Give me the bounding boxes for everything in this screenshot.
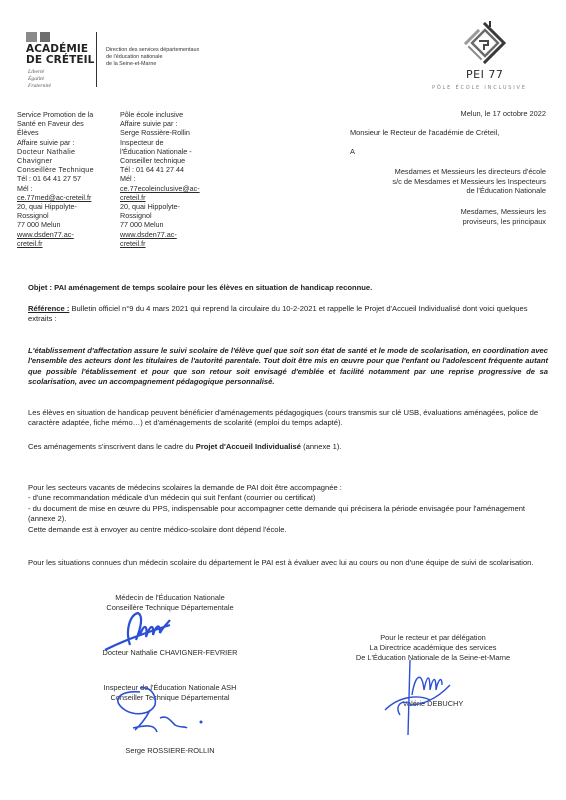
signature-block-directrice: Pour le recteur et par délégation La Dir… bbox=[300, 633, 566, 663]
email-link-med[interactable]: ce.77med@ac-creteil.fr bbox=[17, 193, 91, 202]
website-link-right[interactable]: www.dsden77.ac- creteil.fr bbox=[120, 230, 220, 248]
pei-logo-title: PEI 77 bbox=[466, 68, 503, 81]
reference-label: Référence : bbox=[28, 304, 69, 313]
pei-logo-icon bbox=[462, 20, 508, 66]
pei-logo-subtitle: PÔLE ÉCOLE INCLUSIVE bbox=[432, 85, 527, 91]
paragraph-known-situations: Pour les situations connues d'un médecin… bbox=[28, 558, 548, 568]
signatory-name-medecin: Docteur Nathalie CHAVIGNER-FEVRIER bbox=[45, 648, 295, 658]
sender-line: Monsieur le Recteur de l'académie de Cré… bbox=[350, 128, 499, 138]
signature-block-inspecteur: Inspecteur de l'Éducation Nationale ASH … bbox=[45, 683, 295, 703]
signatory-name-directrice: Valérie DEBUCHY bbox=[300, 699, 566, 709]
contact-right: Pôle école inclusive Affaire suivie par … bbox=[120, 110, 220, 248]
department-name: Direction des services départementaux de… bbox=[106, 47, 199, 67]
republic-flag-icon bbox=[26, 32, 50, 42]
paragraph-accommodations: Les élèves en situation de handicap peuv… bbox=[28, 408, 548, 429]
letter-date: Melun, le 17 octobre 2022 bbox=[461, 109, 546, 119]
recipients-schools: Mesdames et Messieurs les directeurs d'é… bbox=[316, 167, 546, 196]
letter-subject: Objet : PAI aménagement de temps scolair… bbox=[28, 283, 548, 293]
paragraph-vacant-sectors: Pour les secteurs vacants de médecins sc… bbox=[28, 483, 548, 535]
bulletin-extract: L'établissement d'affectation assure le … bbox=[28, 346, 548, 388]
signatory-name-inspecteur: Serge ROSSIERE-ROLLIN bbox=[45, 746, 295, 756]
republic-motto: Liberté Égalité Fraternité bbox=[28, 69, 51, 90]
website-link-left[interactable]: www.dsden77.ac- creteil.fr bbox=[17, 230, 112, 248]
logo-divider bbox=[96, 32, 97, 87]
paragraph-pai-frame: Ces aménagements s'inscrivent dans le ca… bbox=[28, 442, 548, 452]
handwritten-signature-directrice bbox=[380, 655, 460, 740]
recipients-secondary: Mesdames, Messieurs les proviseurs, les … bbox=[386, 207, 546, 226]
reference-paragraph: Référence : Bulletin officiel n°9 du 4 m… bbox=[28, 304, 548, 325]
email-link-inclusive[interactable]: ce.77ecoleinclusive@ac- creteil.fr bbox=[120, 184, 220, 202]
signature-block-medecin: Médecin de l'Éducation Nationale Conseil… bbox=[45, 593, 295, 613]
to-line: A bbox=[350, 147, 355, 157]
contact-left: Service Promotion de la Santé en Faveur … bbox=[17, 110, 112, 248]
academy-logo-name: ACADÉMIE DE CRÉTEIL bbox=[26, 44, 94, 66]
